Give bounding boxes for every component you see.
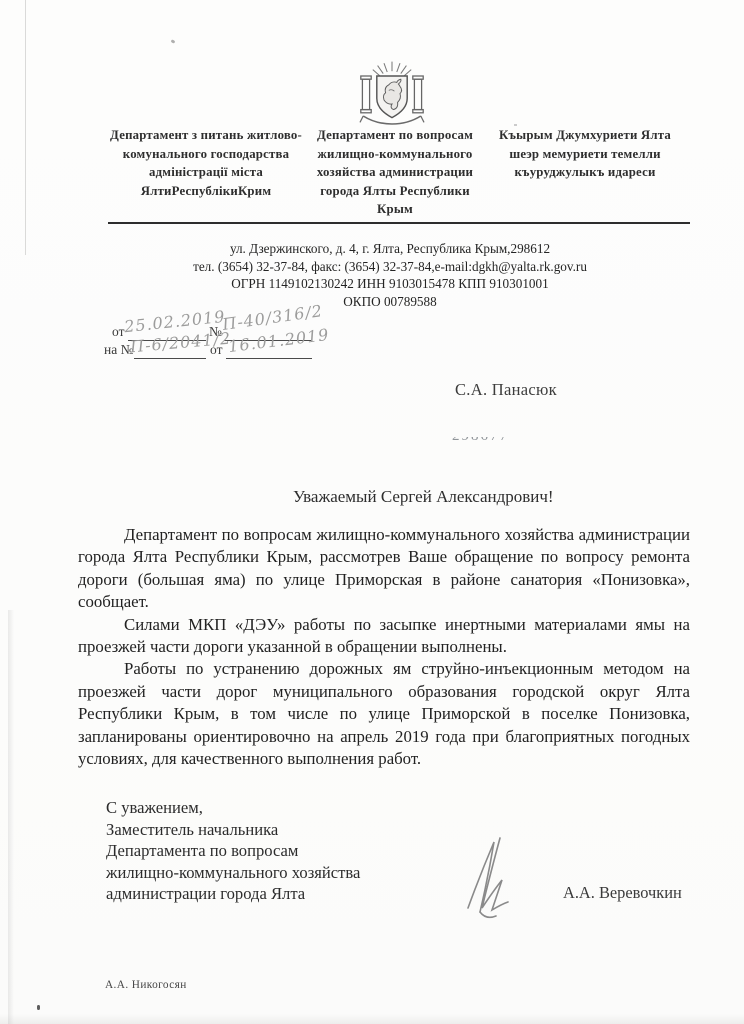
scan-edge-artifact bbox=[8, 610, 14, 1024]
handwritten-signature-icon bbox=[450, 830, 540, 925]
scanned-letter-page: Департамент з питань житлово-комунальног… bbox=[0, 0, 744, 1024]
closing-line: С уважением, bbox=[106, 797, 360, 819]
org-name-crimean-tatar: Къырым Джумхуриети Ялта шеэр мемуриети т… bbox=[492, 126, 678, 182]
paragraph-3: Работы по устранению дорожных ям струйно… bbox=[78, 658, 690, 770]
executor-name: А.А. Никогосян bbox=[105, 979, 187, 991]
addressee-name: С.А. Панасюк bbox=[455, 380, 557, 400]
signer-name: А.А. Веревочкин bbox=[563, 883, 682, 903]
ref-from-label: от bbox=[112, 324, 124, 340]
signature-block: С уважением, Заместитель начальника Депа… bbox=[106, 797, 360, 905]
letter-body: Департамент по вопросам жилищно-коммунал… bbox=[78, 524, 690, 770]
salutation: Уважаемый Сергей Александрович! bbox=[293, 487, 554, 507]
paragraph-2: Силами МКП «ДЭУ» работы по засыпке инерт… bbox=[78, 614, 690, 659]
signer-title-line: Заместитель начальника bbox=[106, 819, 360, 841]
scan-edge-artifact bbox=[25, 0, 26, 255]
addressee-postal-fragment: 298677 bbox=[452, 437, 542, 446]
org-address-block: ул. Дзержинского, д. 4, г. Ялта, Республ… bbox=[100, 240, 680, 310]
scan-speck bbox=[37, 1005, 40, 1010]
crimea-coat-of-arms-icon bbox=[352, 60, 432, 132]
signer-title-line: Департамента по вопросам bbox=[106, 840, 360, 862]
org-name-russian: Департамент по вопросам жилищно-коммунал… bbox=[304, 126, 486, 219]
org-name-ukrainian: Департамент з питань житлово-комунальног… bbox=[108, 126, 304, 200]
signer-title-line: жилищно-коммунального хозяйства bbox=[106, 862, 360, 884]
signer-title-line: администрации города Ялта bbox=[106, 883, 360, 905]
scan-speck bbox=[171, 39, 176, 44]
scan-shade-artifact bbox=[0, 1014, 744, 1024]
paragraph-1: Департамент по вопросам жилищно-коммунал… bbox=[78, 524, 690, 614]
header-divider-line bbox=[108, 222, 690, 224]
